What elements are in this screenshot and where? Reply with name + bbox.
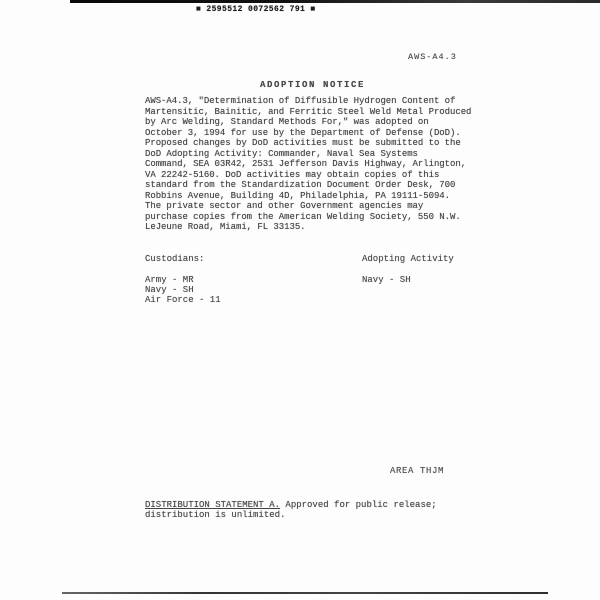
adopting-activity-heading: Adopting Activity: [362, 254, 454, 264]
page-title: ADOPTION NOTICE: [260, 80, 365, 90]
distribution-label: DISTRIBUTION STATEMENT A.: [145, 500, 280, 510]
area-code: AREA THJM: [390, 466, 444, 476]
body-paragraph: AWS-A4.3, "Determination of Diffusible H…: [145, 96, 485, 233]
custodians-block: Custodians: Army - MR Navy - SH Air Forc…: [145, 244, 221, 306]
custodians-heading: Custodians:: [145, 254, 204, 264]
adopting-activity-block: Adopting Activity Navy - SH: [362, 244, 454, 285]
custodians-list: Army - MR Navy - SH Air Force - 11: [145, 275, 221, 306]
adopting-activity-value: Navy - SH: [362, 275, 411, 285]
distribution-statement: DISTRIBUTION STATEMENT A. Approved for p…: [145, 489, 490, 521]
scan-edge-top: [70, 0, 600, 3]
document-number-stamp: ■ 2595512 0072562 791 ■: [196, 5, 316, 14]
scanned-document-page: ■ 2595512 0072562 791 ■ AWS-A4.3 ADOPTIO…: [0, 0, 600, 600]
scan-edge-bottom: [62, 592, 548, 594]
doc-number: AWS-A4.3: [408, 52, 468, 62]
